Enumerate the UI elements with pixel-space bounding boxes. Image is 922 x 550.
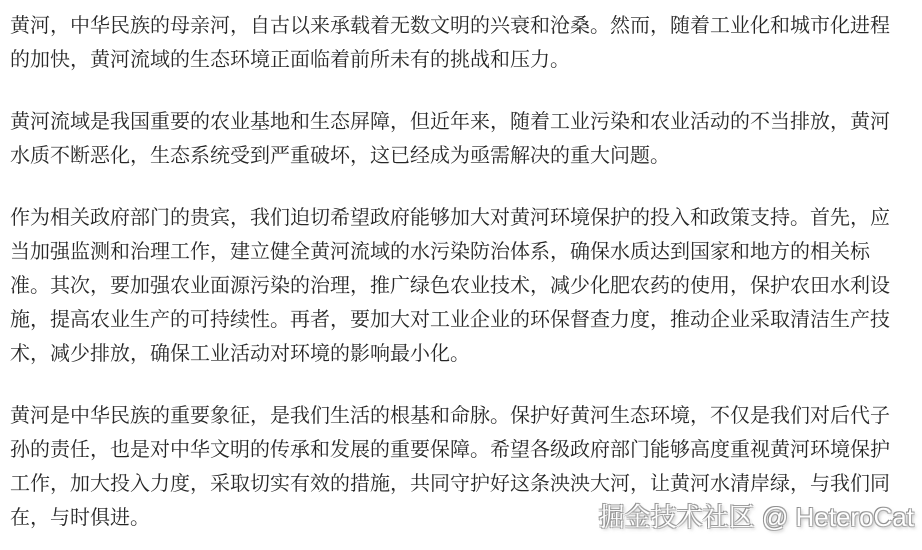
paragraph-proposals: 作为相关政府部门的贵宾，我们迫切希望政府能够加大对黄河环境保护的投入和政策支持。… <box>10 201 908 371</box>
paragraph-intro: 黄河，中华民族的母亲河，自古以来承载着无数文明的兴衰和沧桑。然而，随着工业化和城… <box>10 9 908 77</box>
paragraph-conclusion: 黄河是中华民族的重要象征，是我们生活的根基和命脉。保护好黄河生态环境，不仅是我们… <box>10 399 908 535</box>
article-body: 黄河，中华民族的母亲河，自古以来承载着无数文明的兴衰和沧桑。然而，随着工业化和城… <box>0 0 922 535</box>
paragraph-problem: 黄河流域是我国重要的农业基地和生态屏障，但近年来，随着工业污染和农业活动的不当排… <box>10 105 908 173</box>
document-page: 黄河，中华民族的母亲河，自古以来承载着无数文明的兴衰和沧桑。然而，随着工业化和城… <box>0 0 922 550</box>
